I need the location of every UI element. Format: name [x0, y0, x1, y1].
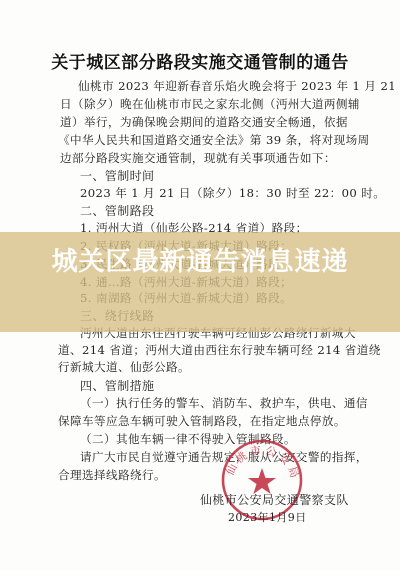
section-1-text: 2023 年 1 月 21 日（除夕）18：30 时至 22：00 时。	[80, 185, 385, 201]
section-4-heading: 四、管制措施	[80, 377, 154, 394]
detour-line-3: 行新城大道、仙彭公路。	[58, 359, 190, 375]
section-2-heading: 二、管制路段	[80, 202, 154, 219]
intro-line-5: 边部分路段实施交通管制，现就有关事项通告如下：	[60, 150, 336, 166]
banner-headline: 城关区最新通告消息速递	[0, 246, 400, 278]
intro-line-3: 道）举行，为确保晚会期间的道路交通安全畅通，依据	[60, 114, 348, 130]
section-1-heading: 一、管制时间	[80, 167, 154, 184]
intro-line-2: 日（除夕）晚在仙桃市市民之家东北侧（沔州大道两侧辅	[60, 96, 360, 112]
signature-org: 仙桃市公安局交通警察支队	[200, 491, 349, 508]
document-title: 关于城区部分路段实施交通管制的通告	[0, 48, 400, 73]
detour-line-2: 道、214 省道；沔州大道由西往东行驶车辆可经 214 省道绕	[58, 342, 381, 358]
measure-line-1: （一）执行任务的警车、消防车、救护车，供电、通信	[80, 395, 368, 411]
closing-line-2: 合理选择线路绕行。	[58, 467, 166, 483]
signature-date: 2023年1月9日	[228, 509, 307, 525]
intro-line-1: 仙桃市 2023 年迎新春音乐焰火晚会将于 2023 年 1 月 21	[78, 78, 396, 94]
measure-line-2: 保障车等应急车辆可驶入管制路段，在指定地点停放。	[58, 413, 346, 429]
intro-line-4: 《中华人民共和国道路交通安全法》第 39 条，将对现场周	[58, 132, 370, 148]
